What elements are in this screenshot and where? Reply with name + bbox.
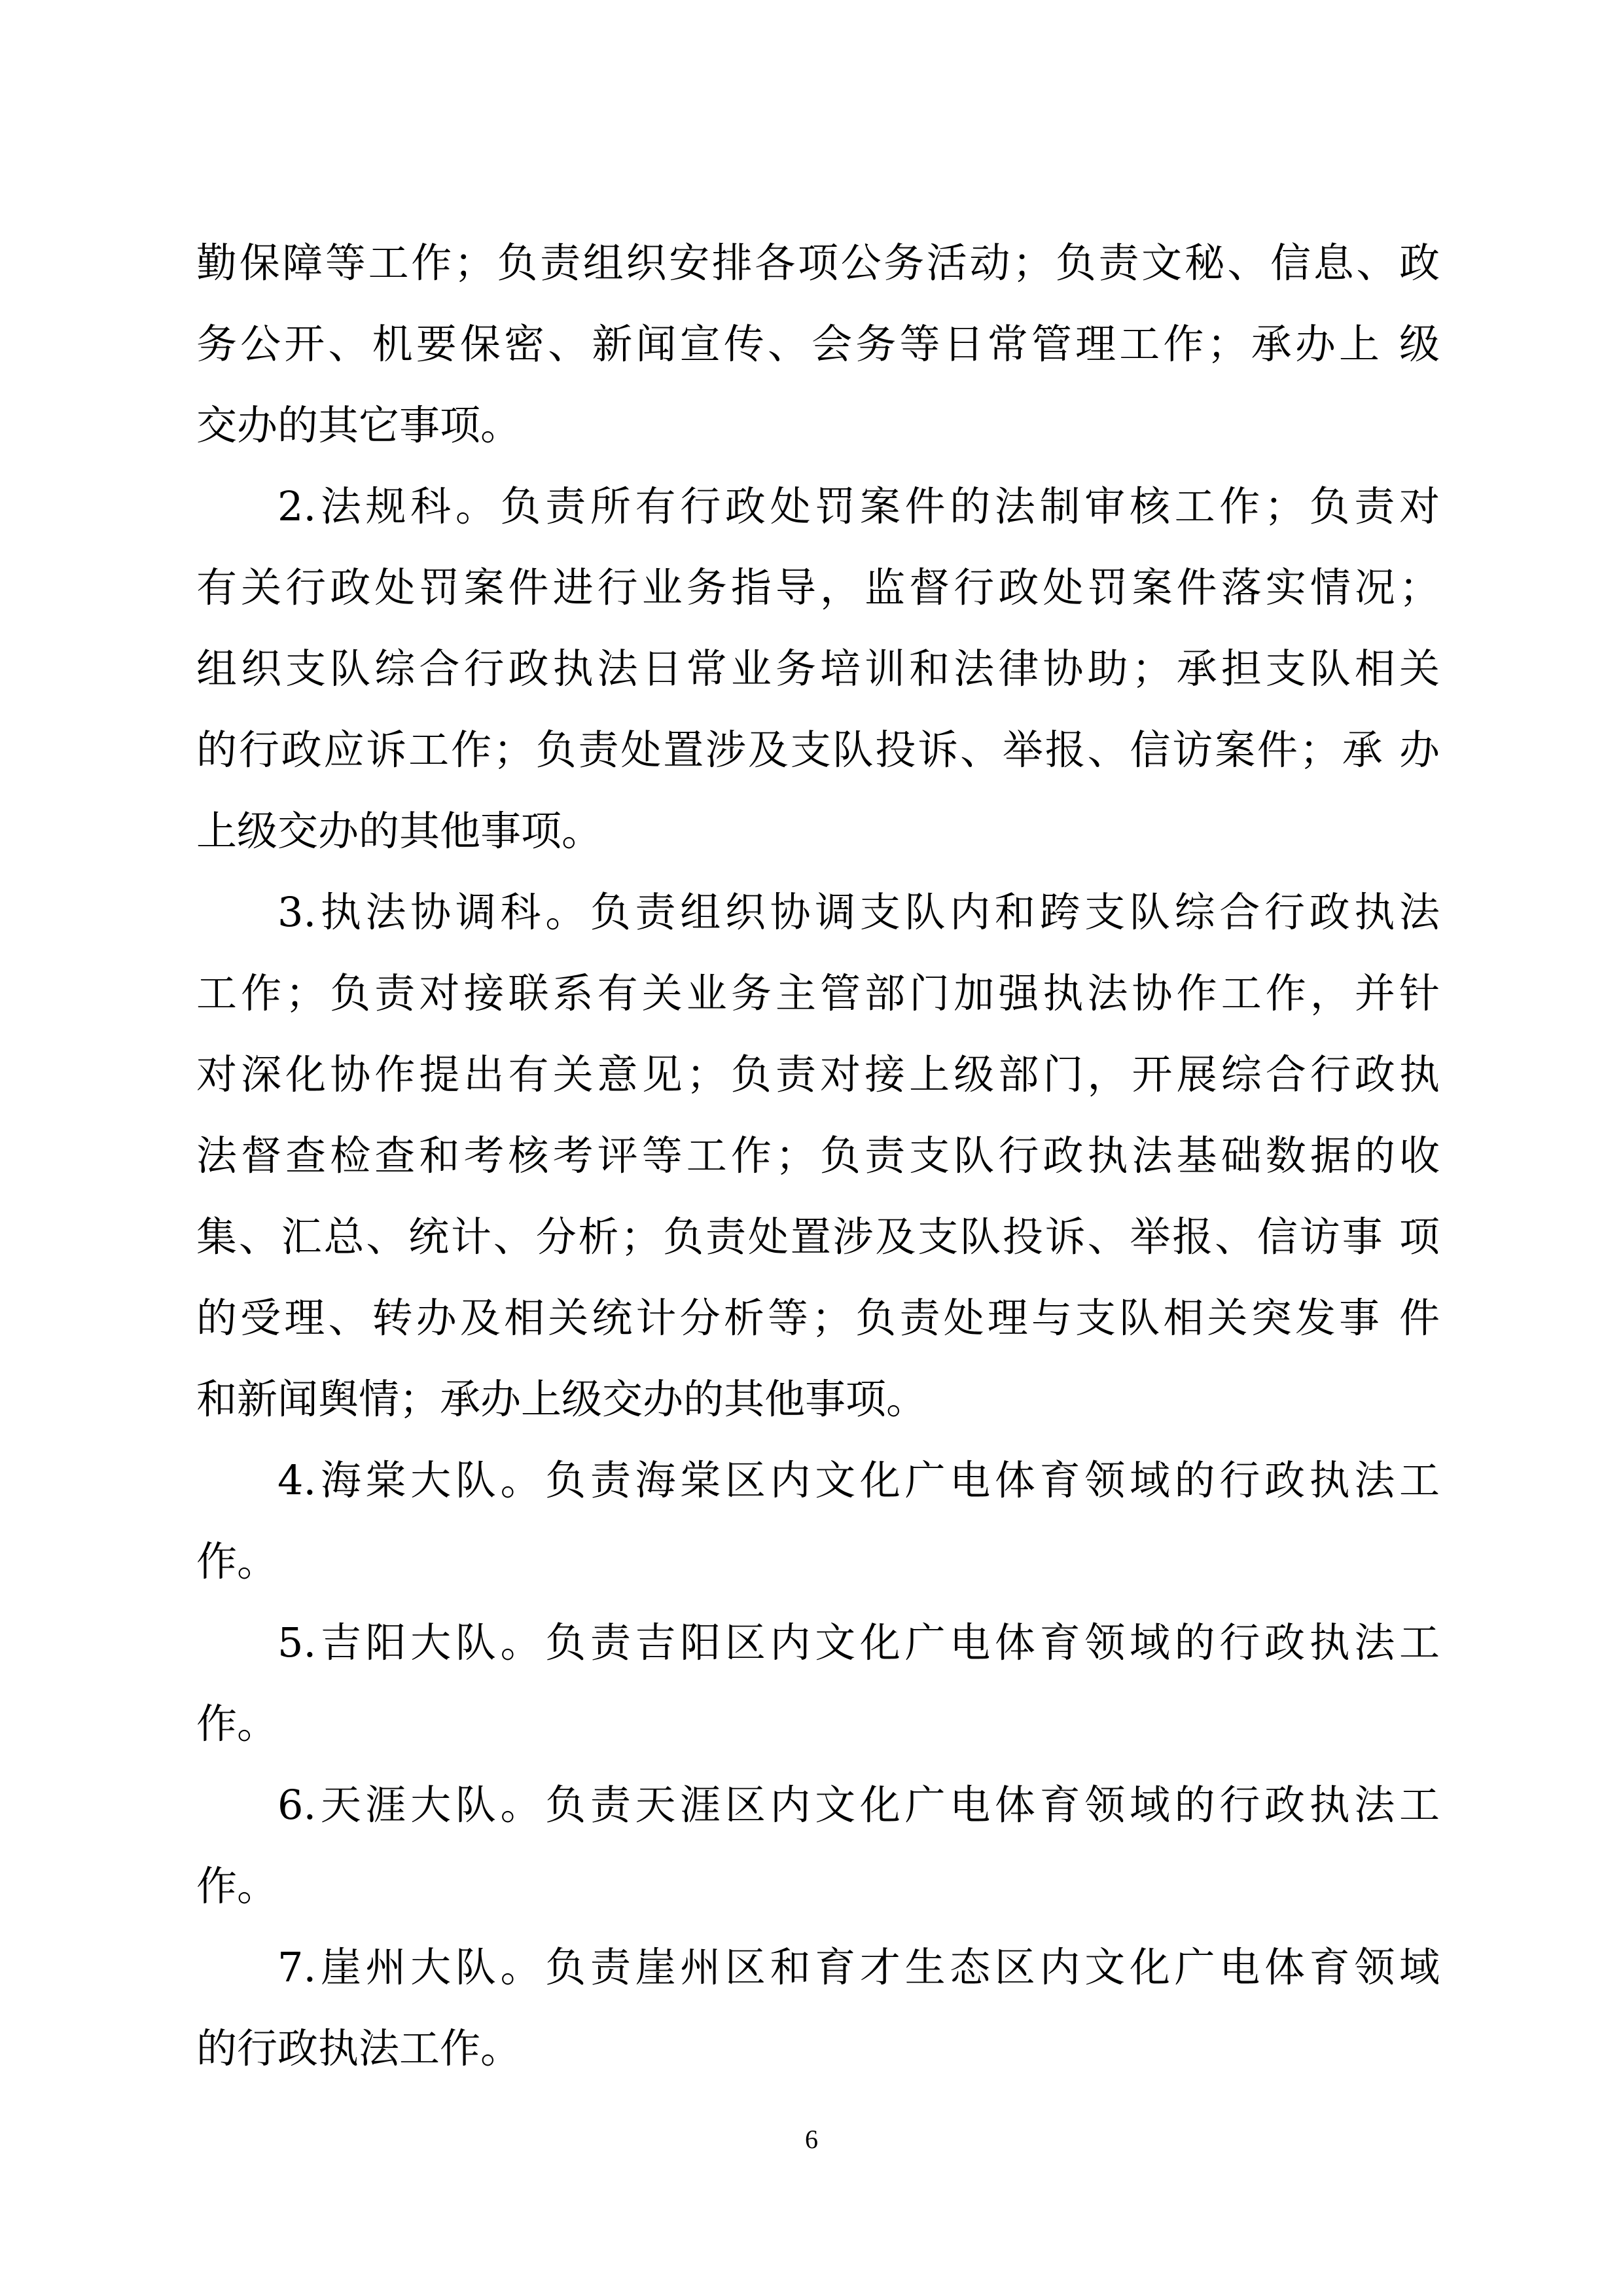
text-line: 和新闻舆情；承办上级交办的其他事项。 [196, 1359, 1440, 1440]
paragraph-item-4: 4.海棠大队。负责海棠区内文化广电体育领域的行政执法工 作。 [196, 1440, 1440, 1602]
paragraph-item-3: 3.执法协调科。负责组织协调支队内和跨支队综合行政执法 工作；负责对接联系有关业… [196, 872, 1440, 1440]
text-line: 2.法规科。负责所有行政处罚案件的法制审核工作；负责对 [196, 466, 1440, 547]
text-line: 7.崖州大队。负责崖州区和育才生态区内文化广电体育领域 [196, 1927, 1440, 2008]
text-line: 4.海棠大队。负责海棠区内文化广电体育领域的行政执法工 [196, 1440, 1440, 1521]
paragraph-item-6: 6.天涯大队。负责天涯区内文化广电体育领域的行政执法工 作。 [196, 1765, 1440, 1927]
text-line: 法督查检查和考核考评等工作；负责支队行政执法基础数据的收 [196, 1115, 1440, 1196]
paragraph-item-5: 5.吉阳大队。负责吉阳区内文化广电体育领域的行政执法工 作。 [196, 1602, 1440, 1765]
text-line: 组织支队综合行政执法日常业务培训和法律协助；承担支队相关 [196, 628, 1440, 709]
text-line: 交办的其它事项。 [196, 385, 1440, 466]
text-line: 务公开、机要保密、新闻宣传、会务等日常管理工作；承办上 级 [196, 304, 1440, 385]
text-line: 的受理、转办及相关统计分析等；负责处理与支队相关突发事 件 [196, 1278, 1440, 1359]
text-line: 工作；负责对接联系有关业务主管部门加强执法协作工作，并针 [196, 953, 1440, 1034]
text-line: 3.执法协调科。负责组织协调支队内和跨支队综合行政执法 [196, 872, 1440, 953]
page-number: 6 [0, 2124, 1623, 2155]
text-line: 集、汇总、统计、分析；负责处置涉及支队投诉、举报、信访事 项 [196, 1196, 1440, 1278]
text-line: 作。 [196, 1521, 1440, 1602]
text-line: 有关行政处罚案件进行业务指导，监督行政处罚案件落实情况； [196, 547, 1440, 628]
paragraph-item-7: 7.崖州大队。负责崖州区和育才生态区内文化广电体育领域 的行政执法工作。 [196, 1927, 1440, 2089]
text-line: 6.天涯大队。负责天涯区内文化广电体育领域的行政执法工 [196, 1765, 1440, 1846]
document-body: 勤保障等工作；负责组织安排各项公务活动；负责文秘、信息、政 务公开、机要保密、新… [196, 223, 1440, 2089]
text-line: 的行政应诉工作；负责处置涉及支队投诉、举报、信访案件；承 办 [196, 709, 1440, 791]
text-line: 对深化协作提出有关意见；负责对接上级部门，开展综合行政执 [196, 1034, 1440, 1115]
text-line: 勤保障等工作；负责组织安排各项公务活动；负责文秘、信息、政 [196, 223, 1440, 304]
text-line: 上级交办的其他事项。 [196, 791, 1440, 872]
paragraph-item-2: 2.法规科。负责所有行政处罚案件的法制审核工作；负责对 有关行政处罚案件进行业务… [196, 466, 1440, 872]
text-line: 的行政执法工作。 [196, 2008, 1440, 2089]
text-line: 作。 [196, 1846, 1440, 1927]
paragraph-continued: 勤保障等工作；负责组织安排各项公务活动；负责文秘、信息、政 务公开、机要保密、新… [196, 223, 1440, 466]
text-line: 5.吉阳大队。负责吉阳区内文化广电体育领域的行政执法工 [196, 1602, 1440, 1683]
text-line: 作。 [196, 1683, 1440, 1765]
